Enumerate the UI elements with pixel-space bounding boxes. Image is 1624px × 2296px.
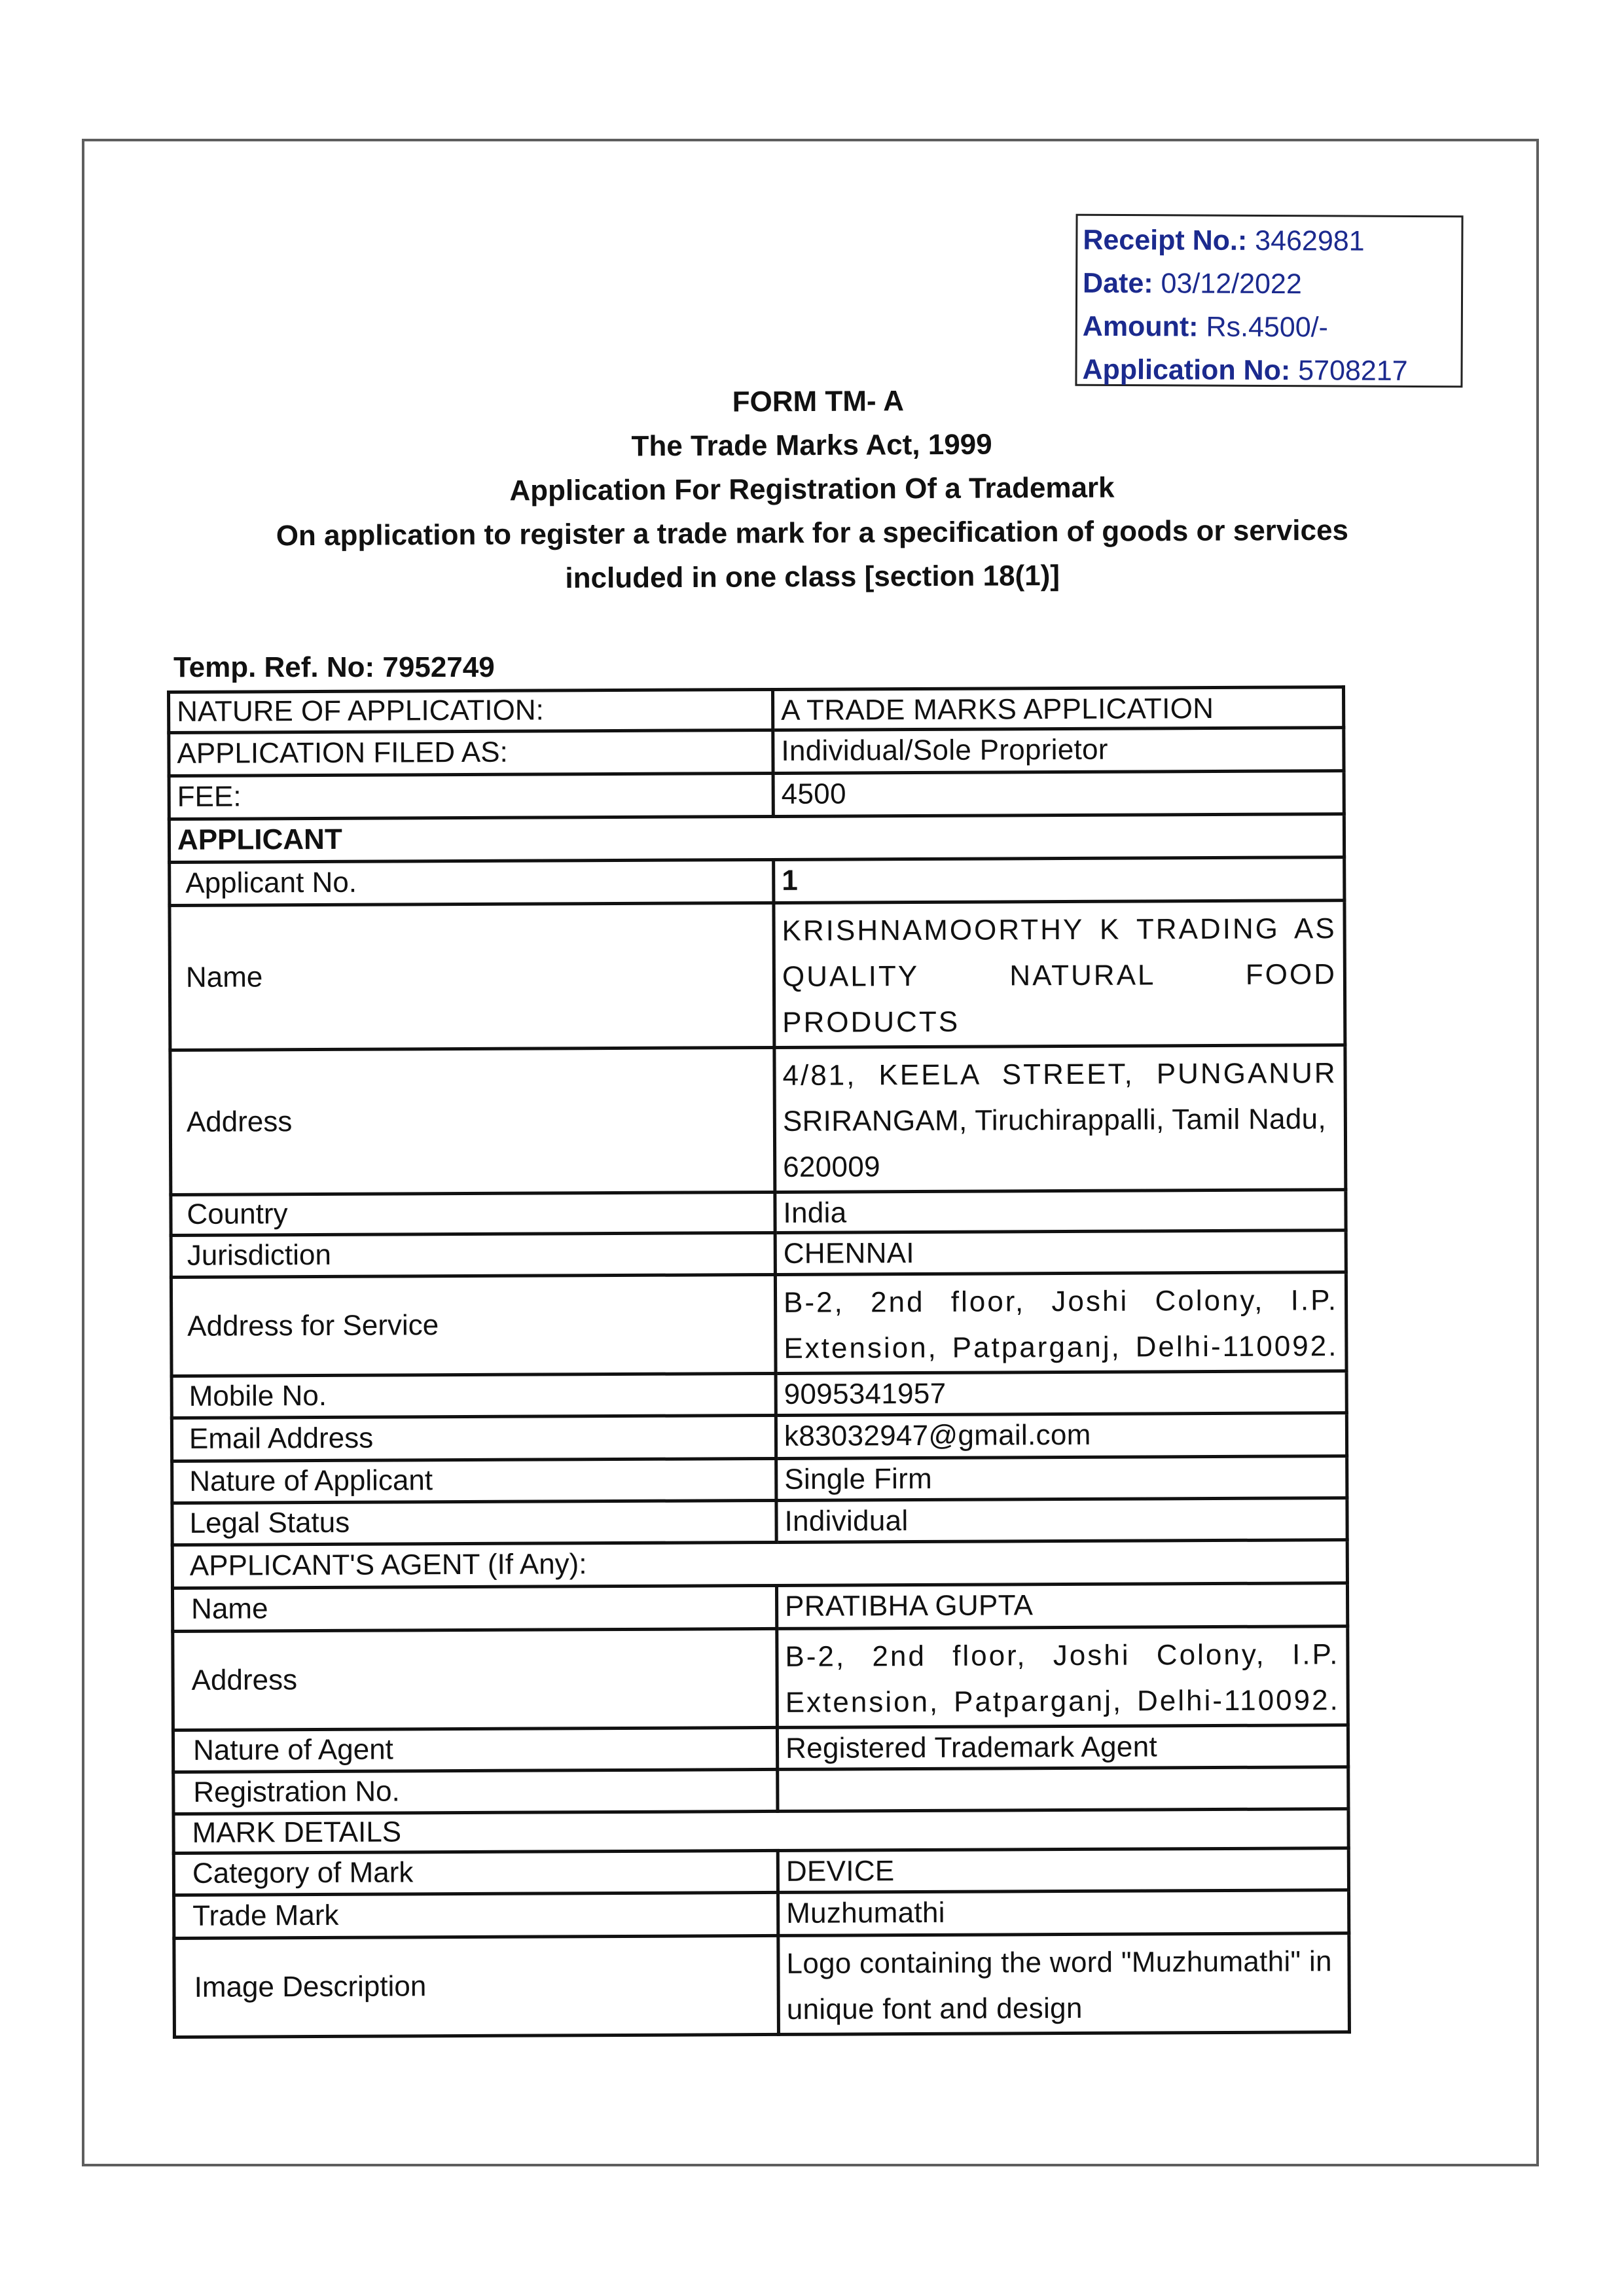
table-row: Legal Status Individual [172,1498,1347,1545]
email-value: k83032947@gmail.com [776,1413,1346,1459]
table-row: NATURE OF APPLICATION: A TRADE MARKS APP… [169,687,1344,733]
section-header-row: APPLICANT'S AGENT (If Any): [172,1540,1347,1588]
mobile-value: 9095341957 [776,1371,1346,1416]
nature-of-application-value: A TRADE MARKS APPLICATION [773,687,1344,730]
email-label: Email Address [171,1415,776,1461]
table-row: Address for Service B-2, 2nd floor, Josh… [171,1272,1346,1376]
category-of-mark-value: DEVICE [778,1848,1348,1893]
nature-of-agent-label: Nature of Agent [173,1727,777,1772]
receipt-stamp: Receipt No.: 3462981 Date: 03/12/2022 Am… [1075,214,1463,388]
trade-mark-value: Muzhumathi [778,1890,1349,1936]
application-filed-as-label: APPLICATION FILED AS: [169,730,773,776]
fee-label: FEE: [169,773,773,819]
legal-status-label: Legal Status [172,1500,776,1545]
address-for-service-value: B-2, 2nd floor, Joshi Colony, I.P. Exten… [775,1272,1346,1374]
agent-name-label: Name [172,1585,776,1631]
fee-value: 4500 [773,771,1344,817]
receipt-amount-row: Amount: Rs.4500/- [1083,305,1461,350]
receipt-number-row: Receipt No.: 3462981 [1083,219,1461,264]
nature-of-application-label: NATURE OF APPLICATION: [169,689,773,732]
table-row: Address 4/81, KEELA STREET, PUNGANUR SRI… [170,1045,1346,1195]
table-row: Address B-2, 2nd floor, Joshi Colony, I.… [173,1626,1348,1731]
table-row: Image Description Logo containing the wo… [174,1933,1350,2037]
nature-of-applicant-value: Single Firm [776,1456,1347,1501]
table-row: Name KRISHNAMOORTHY K TRADING AS QUALITY… [170,901,1345,1050]
table-row: Applicant No. 1 [170,857,1344,906]
applicant-no-label: Applicant No. [170,859,774,905]
table-row: Registration No. [173,1767,1348,1814]
applicant-address-label: Address [170,1047,775,1194]
temp-ref-number: Temp. Ref. No: 7952749 [173,651,495,684]
application-subtitle-line2: included in one class [section 18(1)] [1,551,1624,603]
registration-no-value [778,1767,1348,1812]
receipt-number: 3462981 [1255,225,1365,257]
applicant-name-value: KRISHNAMOORTHY K TRADING AS QUALITY NATU… [774,901,1345,1048]
trade-mark-label: Trade Mark [174,1892,778,1938]
table-row: Nature of Agent Registered Trademark Age… [173,1725,1348,1772]
form-heading: FORM TM- A The Trade Marks Act, 1999 App… [0,376,1624,603]
category-of-mark-label: Category of Mark [173,1850,778,1895]
country-label: Country [171,1192,775,1235]
image-description-label: Image Description [174,1935,779,2037]
mark-section-title: MARK DETAILS [173,1809,1348,1854]
table-row: Category of Mark DEVICE [173,1848,1348,1895]
legal-status-value: Individual [776,1498,1347,1543]
agent-name-value: PRATIBHA GUPTA [776,1583,1347,1629]
applicant-address-value: 4/81, KEELA STREET, PUNGANUR SRIRANGAM, … [774,1045,1346,1193]
section-header-row: APPLICANT [169,814,1344,863]
applicant-section-title: APPLICANT [169,814,1344,863]
application-filed-as-value: Individual/Sole Proprietor [773,728,1344,774]
form-name: FORM TM- A [12,376,1623,428]
receipt-date-row: Date: 03/12/2022 [1083,262,1461,307]
application-table: NATURE OF APPLICATION: A TRADE MARKS APP… [167,685,1351,2039]
nature-of-applicant-label: Nature of Applicant [172,1458,776,1503]
agent-address-value: B-2, 2nd floor, Joshi Colony, I.P. Exten… [777,1626,1348,1728]
registration-no-label: Registration No. [173,1769,778,1814]
jurisdiction-label: Jurisdiction [171,1232,775,1277]
table-row: FEE: 4500 [169,771,1344,819]
address-for-service-label: Address for Service [171,1274,776,1376]
applicant-name-label: Name [170,903,774,1050]
table-row: Mobile No. 9095341957 [171,1371,1346,1418]
section-header-row: MARK DETAILS [173,1809,1348,1854]
table-row: Name PRATIBHA GUPTA [172,1583,1347,1632]
receipt-amount: Rs.4500/- [1206,312,1328,344]
table-row: APPLICATION FILED AS: Individual/Sole Pr… [169,728,1344,776]
table-row: Email Address k83032947@gmail.com [171,1413,1346,1462]
receipt-date: 03/12/2022 [1161,268,1301,300]
table-row: Trade Mark Muzhumathi [174,1890,1349,1939]
agent-address-label: Address [173,1628,778,1730]
image-description-value: Logo containing the word "Muzhumathi" in… [778,1933,1350,2035]
applicant-no-value: 1 [774,857,1344,903]
table-row: Nature of Applicant Single Firm [172,1456,1347,1503]
jurisdiction-value: CHENNAI [775,1230,1346,1275]
agent-section-title: APPLICANT'S AGENT (If Any): [172,1540,1347,1588]
country-value: India [775,1190,1346,1233]
table-row: Jurisdiction CHENNAI [171,1230,1346,1278]
mobile-label: Mobile No. [171,1373,776,1418]
table-row: Country India [171,1190,1346,1236]
nature-of-agent-value: Registered Trademark Agent [777,1725,1348,1770]
